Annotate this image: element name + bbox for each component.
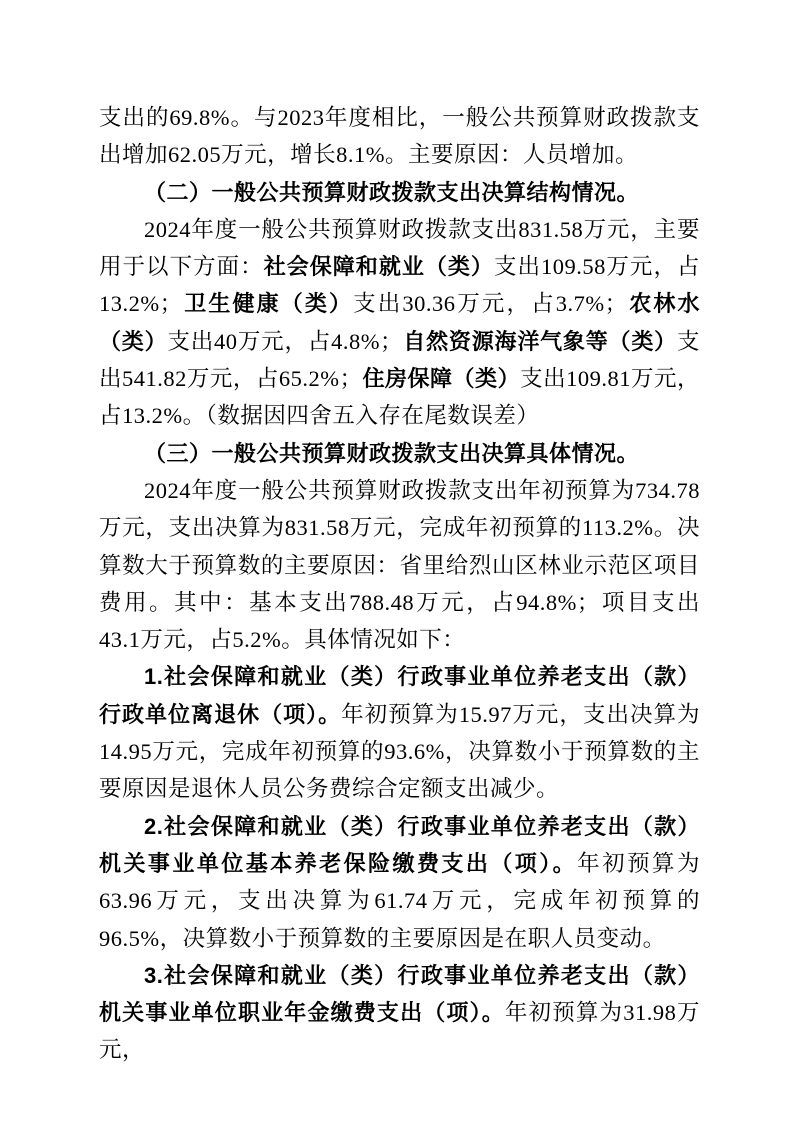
text-run: 2024年度一般公共预算财政拨款支出年初预算为734.78万元，支出决算为831… [99,478,700,652]
section-heading: （三）一般公共预算财政拨款支出决算具体情况。 [99,435,700,472]
text-run: 支出的69.8%。与2023年度相比，一般公共预算财政拨款支出增加62.05万元… [99,105,700,167]
paragraph: 2.社会保障和就业（类）行政事业单位养老支出（款）机关事业单位基本养老保险缴费支… [99,808,700,957]
paragraph: 支出的69.8%。与2023年度相比，一般公共预算财政拨款支出增加62.05万元… [99,99,700,174]
paragraph: 3.社会保障和就业（类）行政事业单位养老支出（款）机关事业单位职业年金缴费支出（… [99,957,700,1069]
paragraph: 2024年度一般公共预算财政拨款支出年初预算为734.78万元，支出决算为831… [99,472,700,658]
text-run: 支出30.36万元，占3.7%； [353,291,627,316]
text-run: 支出40万元，占4.8%； [167,329,403,354]
text-run-bold: 住房保障（类） [363,366,521,391]
text-run-bold: （三）一般公共预算财政拨款支出决算具体情况。 [144,441,639,466]
text-run-bold: （二）一般公共预算财政拨款支出决算结构情况。 [144,180,639,205]
text-run-bold: 自然资源海洋气象等（类） [403,329,677,354]
paragraph: 2024年度一般公共预算财政拨款支出831.58万元，主要用于以下方面：社会保障… [99,211,700,435]
text-run-bold: 卫生健康（类） [183,291,354,316]
section-heading: （二）一般公共预算财政拨款支出决算结构情况。 [99,174,700,211]
paragraph: 1.社会保障和就业（类）行政事业单位养老支出（款）行政单位离退休（项）。年初预算… [99,658,700,807]
document-page: 支出的69.8%。与2023年度相比，一般公共预算财政拨款支出增加62.05万元… [0,0,794,1122]
text-run-bold: 社会保障和就业（类） [264,254,494,279]
text-block: 支出的69.8%。与2023年度相比，一般公共预算财政拨款支出增加62.05万元… [99,99,700,1069]
